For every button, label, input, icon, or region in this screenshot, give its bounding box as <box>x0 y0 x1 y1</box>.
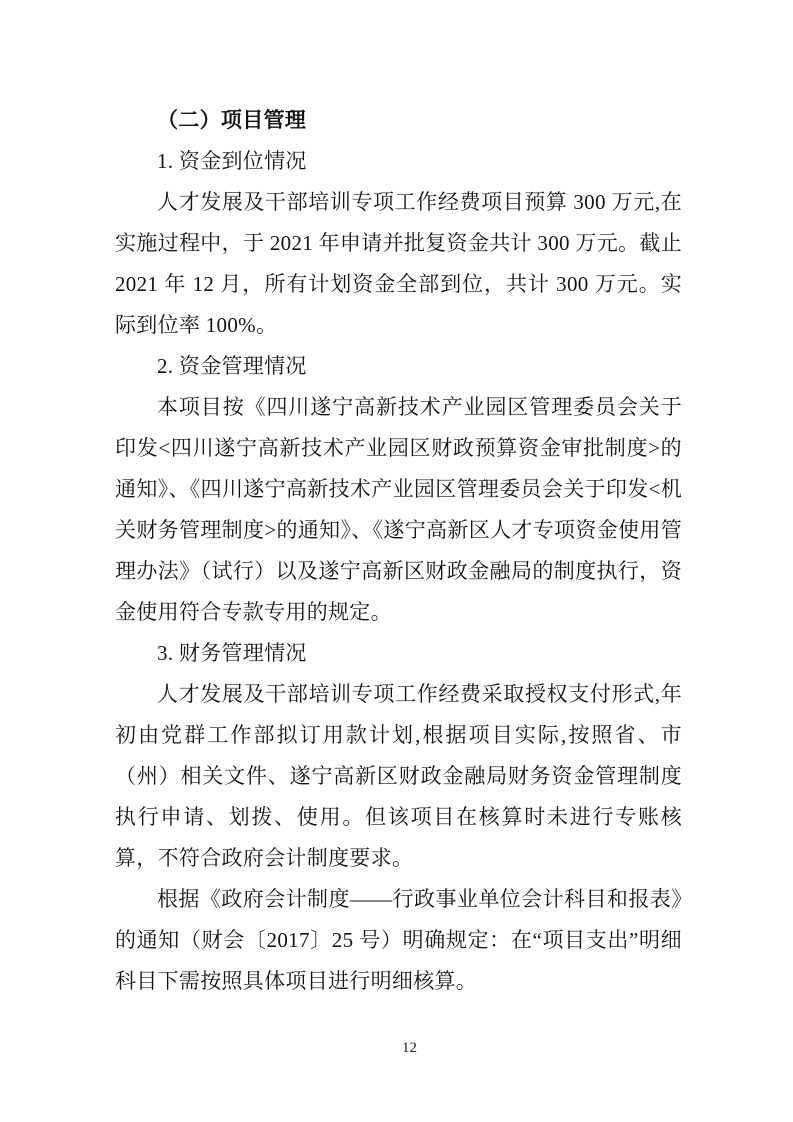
paragraph-accounting-regulation: 根据《政府会计制度——行政事业单位会计科目和报表》的通知（财会〔2017〕25 … <box>115 879 682 1002</box>
paragraph-funds-management: 本项目按《四川遂宁高新技术产业园区管理委员会关于印发<四川遂宁高新技术产业园区财… <box>115 387 682 633</box>
paragraph-financial-management: 人才发展及干部培训专项工作经费采取授权支付形式,年初由党群工作部拟订用款计划,根… <box>115 674 682 879</box>
subsection-title-financial-management: 3. 财务管理情况 <box>115 633 682 674</box>
subsection-title-funds-arrival: 1. 资金到位情况 <box>115 141 682 182</box>
document-page: （二）项目管理 1. 资金到位情况 人才发展及干部培训专项工作经费项目预算 30… <box>0 0 793 1122</box>
page-number: 12 <box>13 1038 793 1058</box>
subsection-title-funds-management: 2. 资金管理情况 <box>115 346 682 387</box>
document-body: （二）项目管理 1. 资金到位情况 人才发展及干部培训专项工作经费项目预算 30… <box>115 100 682 1002</box>
paragraph-funds-arrival: 人才发展及干部培训专项工作经费项目预算 300 万元,在实施过程中，于 2021… <box>115 182 682 346</box>
section-heading: （二）项目管理 <box>115 100 682 141</box>
